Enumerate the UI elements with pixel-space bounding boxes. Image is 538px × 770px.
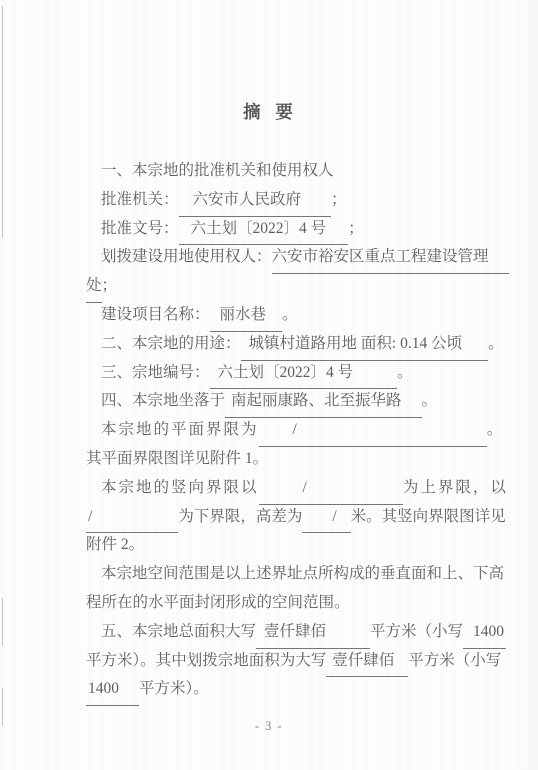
underlined-field: 壹仟肆佰 [256, 618, 370, 649]
text-line: 程所在的水平面封闭形成的空间范围。 [86, 589, 510, 618]
text-line: 批准文号：六土划〔2022〕4 号； [86, 215, 510, 244]
text-segment: 平方米）。 [139, 675, 209, 704]
text-line: 二、本宗地的用途：城镇村道路用地 面积: 0.14 公顷。 [86, 330, 510, 359]
text-segment: 平方米）。其中划拨宗地面积为大写 [86, 647, 326, 676]
text-segment: 批准文号： [101, 215, 179, 244]
underlined-field: 壹仟肆佰 [326, 647, 408, 678]
text-segment: 四、本宗地坐落于 [101, 387, 225, 416]
text-segment: 。 [422, 387, 438, 416]
text-line: 四、本宗地坐落于南起丽康路、北至振华路。 [86, 387, 510, 416]
underlined-field: 丽水巷 [210, 301, 283, 332]
text-segment: 。 [282, 301, 298, 330]
underlined-field: 城镇村道路用地 面积: 0.14 公顷 [241, 330, 489, 361]
text-segment: 附件 2。 [86, 531, 144, 560]
text-segment: 批准机关： [101, 186, 179, 215]
text-segment: 。 [487, 416, 503, 445]
text-line: 三、宗地编号：六土划〔2022〕4 号。 [86, 359, 510, 388]
text-line: 五、本宗地总面积大写壹仟肆佰平方米（小写1400 [86, 618, 510, 647]
text-segment: 为上界限，以 [403, 474, 508, 503]
text-segment: 本宗地空间范围是以上述界址点所构成的垂直面和上、下高 [101, 560, 504, 589]
text-segment: 平方米（小写 [408, 647, 501, 676]
underlined-field: 1400 [463, 618, 506, 649]
text-segment: ； [331, 186, 347, 215]
text-line: 批准机关：六安市人民政府； [86, 186, 510, 215]
text-segment: 三、宗地编号： [101, 359, 210, 388]
text-segment: 二、本宗地的用途： [101, 330, 241, 359]
text-line: 处； [86, 272, 510, 301]
text-segment: 五、本宗地总面积大写 [101, 618, 256, 647]
underlined-field: 处 [86, 272, 102, 303]
text-segment: 米。其竖向界限图详见 [351, 503, 506, 532]
document-body: 一、本宗地的批准机关和使用权人批准机关：六安市人民政府；批准文号：六土划〔202… [86, 157, 510, 704]
page-number: - 3 - [0, 719, 538, 734]
text-segment: 本宗地的平面界限为 [101, 416, 259, 445]
text-segment: 本宗地的竖向界限以 [101, 474, 259, 503]
text-segment: 。 [397, 359, 413, 388]
underlined-field: 六土划〔2022〕4 号 [210, 359, 398, 390]
text-segment: 。 [488, 330, 504, 359]
text-line: 附件 2。 [86, 531, 510, 560]
text-line: 本宗地的平面界限为/。 [86, 416, 510, 445]
scan-edge-artifact [2, 598, 3, 646]
text-line: 平方米）。其中划拨宗地面积为大写壹仟肆佰平方米（小写 [86, 647, 510, 676]
text-line: 本宗地的竖向界限以/为上界限，以 [86, 474, 510, 503]
underlined-field: 六土划〔2022〕4 号 [179, 215, 349, 246]
text-segment: 一、本宗地的批准机关和使用权人 [101, 157, 334, 186]
underlined-field: / [259, 474, 403, 505]
text-segment: 划拨建设用地使用权人： [101, 243, 272, 272]
underlined-field: 六安市人民政府 [179, 186, 332, 217]
text-segment: ； [102, 272, 118, 301]
underlined-field: / [259, 416, 487, 447]
underlined-field: / [302, 503, 350, 534]
underlined-field: 六安市裕安区重点工程建设管理 [272, 243, 509, 274]
text-segment: 建设项目名称： [101, 301, 210, 330]
text-segment: ； [348, 215, 364, 244]
text-line: /为下界限，高差为/米。其竖向界限图详见 [86, 503, 510, 532]
text-line: 建设项目名称：丽水巷。 [86, 301, 510, 330]
text-line: 一、本宗地的批准机关和使用权人 [86, 157, 510, 186]
text-segment: 其平面界限图详见附件 1。 [86, 445, 268, 474]
text-segment: 程所在的水平面封闭形成的空间范围。 [86, 589, 350, 618]
underlined-field: 1400 [86, 675, 139, 706]
underlined-field: / [86, 503, 178, 534]
text-segment: 为下界限，高差为 [178, 503, 302, 532]
document-title: 摘 要 [0, 99, 538, 124]
text-line: 划拨建设用地使用权人：六安市裕安区重点工程建设管理 [86, 243, 510, 272]
underlined-field: 南起丽康路、北至振华路 [225, 387, 422, 418]
document-page: 摘 要 一、本宗地的批准机关和使用权人批准机关：六安市人民政府；批准文号：六土划… [0, 0, 538, 770]
text-segment: 平方米（小写 [370, 618, 463, 647]
text-line: 本宗地空间范围是以上述界址点所构成的垂直面和上、下高 [86, 560, 510, 589]
text-line: 其平面界限图详见附件 1。 [86, 445, 510, 474]
text-line: 1400平方米）。 [86, 675, 510, 704]
